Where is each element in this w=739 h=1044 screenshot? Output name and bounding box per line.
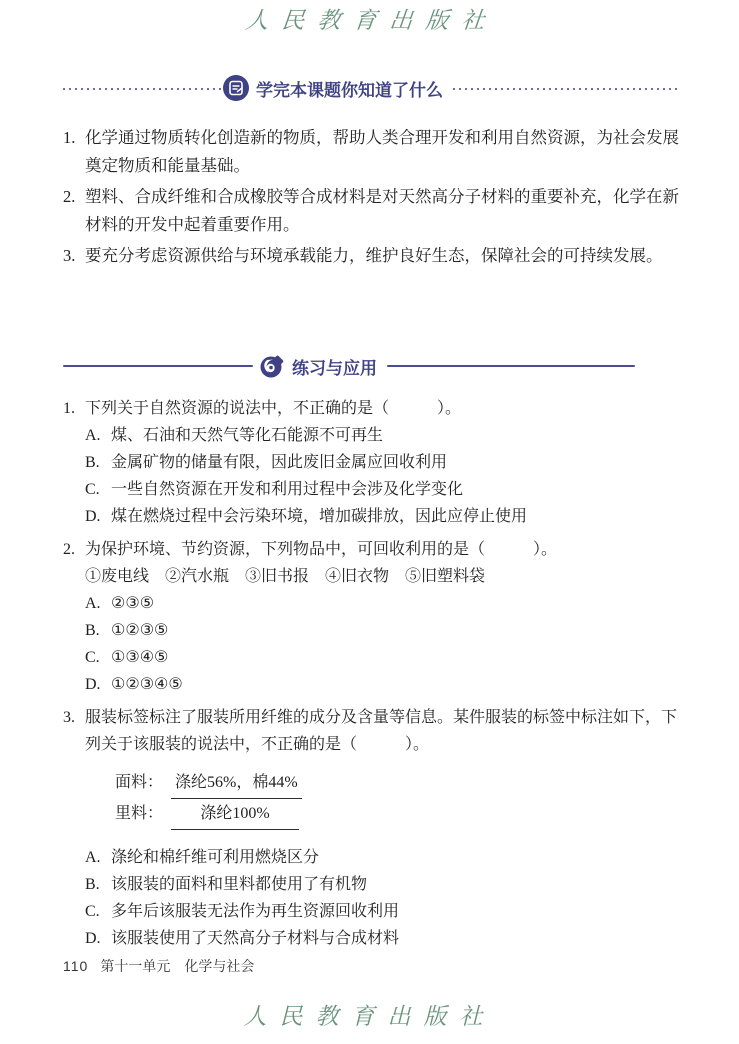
option-d: D. ①②③④⑤ bbox=[85, 671, 680, 698]
practice-section-title: 练习与应用 bbox=[292, 354, 377, 379]
option-text: ②③⑤ bbox=[111, 590, 680, 617]
option-label: C. bbox=[85, 644, 111, 671]
practice-questions: 1. 下列关于自然资源的说法中，不正确的是（ ）。 A. 煤、石油和天然气等化石… bbox=[63, 395, 680, 952]
option-text: ①②③⑤ bbox=[111, 617, 680, 644]
option-d: D. 煤在燃烧过程中会污染环境，增加碳排放，因此应停止使用 bbox=[85, 503, 680, 530]
option-b: B. 金属矿物的储量有限，因此废旧金属应回收利用 bbox=[85, 449, 680, 476]
publisher-logo-bottom: 人民教育出版社 bbox=[0, 1002, 739, 1032]
option-a: A. ②③⑤ bbox=[85, 590, 680, 617]
option-label: C. bbox=[85, 898, 111, 925]
option-text: ①②③④⑤ bbox=[111, 671, 680, 698]
question-3: 3. 服装标签标注了服装所用纤维的成分及含量等信息。某件服装的标签中标注如下，下… bbox=[63, 704, 680, 952]
dotted-rule-right bbox=[453, 87, 680, 90]
summary-item-2: 2. 塑料、合成纤维和合成橡胶等合成材料是对天然高分子材料的重要补充，化学在新材… bbox=[63, 183, 680, 239]
option-label: C. bbox=[85, 476, 111, 503]
label-value: 涤纶100% bbox=[171, 799, 299, 830]
summary-list: 1. 化学通过物质转化创造新的物质，帮助人类合理开发和利用自然资源，为社会发展奠… bbox=[63, 124, 680, 270]
option-text: 金属矿物的储量有限，因此废旧金属应回收利用 bbox=[111, 449, 680, 476]
option-c: C. 多年后该服装无法作为再生资源回收利用 bbox=[85, 898, 680, 925]
option-text: 煤、石油和天然气等化石能源不可再生 bbox=[111, 422, 680, 449]
item-text: 要充分考虑资源供给与环境承载能力，维护良好生态，保障社会的可持续发展。 bbox=[85, 242, 680, 270]
option-b: B. 该服装的面料和里料都使用了有机物 bbox=[85, 871, 680, 898]
question-number: 1. bbox=[63, 395, 85, 422]
solid-rule-left bbox=[63, 365, 253, 367]
item-number: 1. bbox=[63, 124, 85, 180]
option-label: B. bbox=[85, 871, 111, 898]
option-label: B. bbox=[85, 617, 111, 644]
option-label: A. bbox=[85, 844, 111, 871]
question-text: 下列关于自然资源的说法中，不正确的是（ ）。 bbox=[85, 395, 680, 422]
item-text: 化学通过物质转化创造新的物质，帮助人类合理开发和利用自然资源，为社会发展奠定物质… bbox=[85, 124, 680, 180]
option-text: 涤纶和棉纤维可利用燃烧区分 bbox=[111, 844, 680, 871]
summary-section-header: 学完本课题你知道了什么 bbox=[63, 74, 680, 102]
diamond-swoosh-icon bbox=[259, 353, 285, 379]
clothing-label: 面料： 涤纶56%，棉44% 里料： 涤纶100% bbox=[115, 768, 680, 830]
option-text: 煤在燃烧过程中会污染环境，增加碳排放，因此应停止使用 bbox=[111, 503, 680, 530]
note-pencil-circle-icon bbox=[223, 75, 249, 101]
option-c: C. ①③④⑤ bbox=[85, 644, 680, 671]
question-2: 2. 为保护环境、节约资源，下列物品中，可回收利用的是（ ）。 ①废电线 ②汽水… bbox=[63, 536, 680, 698]
footer-chapter: 化学与社会 bbox=[184, 956, 254, 976]
question-text: 为保护环境、节约资源，下列物品中，可回收利用的是（ ）。 bbox=[85, 536, 680, 563]
option-label: A. bbox=[85, 422, 111, 449]
summary-section-title: 学完本课题你知道了什么 bbox=[256, 76, 443, 101]
question-2-items-line: ①废电线 ②汽水瓶 ③旧书报 ④旧衣物 ⑤旧塑料袋 bbox=[85, 563, 680, 590]
solid-rule-right bbox=[387, 365, 635, 367]
option-label: D. bbox=[85, 925, 111, 952]
summary-item-3: 3. 要充分考虑资源供给与环境承载能力，维护良好生态，保障社会的可持续发展。 bbox=[63, 242, 680, 270]
option-text: 多年后该服装无法作为再生资源回收利用 bbox=[111, 898, 680, 925]
label-value: 涤纶56%，棉44% bbox=[171, 768, 302, 799]
publisher-logo-top: 人民教育出版社 bbox=[61, 6, 681, 36]
option-d: D. 该服装使用了天然高分子材料与合成材料 bbox=[85, 925, 680, 952]
item-text: 塑料、合成纤维和合成橡胶等合成材料是对天然高分子材料的重要补充，化学在新材料的开… bbox=[85, 183, 680, 239]
option-label: B. bbox=[85, 449, 111, 476]
option-a: A. 涤纶和棉纤维可利用燃烧区分 bbox=[85, 844, 680, 871]
dotted-rule-left bbox=[63, 87, 223, 90]
question-number: 3. bbox=[63, 704, 85, 758]
option-label: A. bbox=[85, 590, 111, 617]
textbook-page: 人民教育出版社 学完本课题你知道了什么 1. 化学通过物质转化创造新的物质，帮助… bbox=[0, 0, 739, 1044]
option-a: A. 煤、石油和天然气等化石能源不可再生 bbox=[85, 422, 680, 449]
page-number: 110 bbox=[63, 958, 88, 974]
question-text: 服装标签标注了服装所用纤维的成分及含量等信息。某件服装的标签中标注如下，下列关于… bbox=[85, 704, 680, 758]
item-number: 2. bbox=[63, 183, 85, 239]
option-b: B. ①②③⑤ bbox=[85, 617, 680, 644]
question-number: 2. bbox=[63, 536, 85, 563]
option-label: D. bbox=[85, 503, 111, 530]
label-name: 里料： bbox=[115, 799, 163, 828]
summary-item-1: 1. 化学通过物质转化创造新的物质，帮助人类合理开发和利用自然资源，为社会发展奠… bbox=[63, 124, 680, 180]
option-text: 该服装的面料和里料都使用了有机物 bbox=[111, 871, 680, 898]
clothing-label-row-lining: 里料： 涤纶100% bbox=[115, 799, 680, 830]
practice-section-header: 练习与应用 bbox=[63, 352, 680, 380]
page-footer: 110 第十一单元 化学与社会 bbox=[63, 956, 254, 976]
footer-unit: 第十一单元 bbox=[100, 956, 170, 976]
option-c: C. 一些自然资源在开发和利用过程中会涉及化学变化 bbox=[85, 476, 680, 503]
label-name: 面料： bbox=[115, 768, 163, 797]
option-text: 该服装使用了天然高分子材料与合成材料 bbox=[111, 925, 680, 952]
option-text: 一些自然资源在开发和利用过程中会涉及化学变化 bbox=[111, 476, 680, 503]
question-1: 1. 下列关于自然资源的说法中，不正确的是（ ）。 A. 煤、石油和天然气等化石… bbox=[63, 395, 680, 530]
item-number: 3. bbox=[63, 242, 85, 270]
clothing-label-row-fabric: 面料： 涤纶56%，棉44% bbox=[115, 768, 680, 799]
option-text: ①③④⑤ bbox=[111, 644, 680, 671]
option-label: D. bbox=[85, 671, 111, 698]
